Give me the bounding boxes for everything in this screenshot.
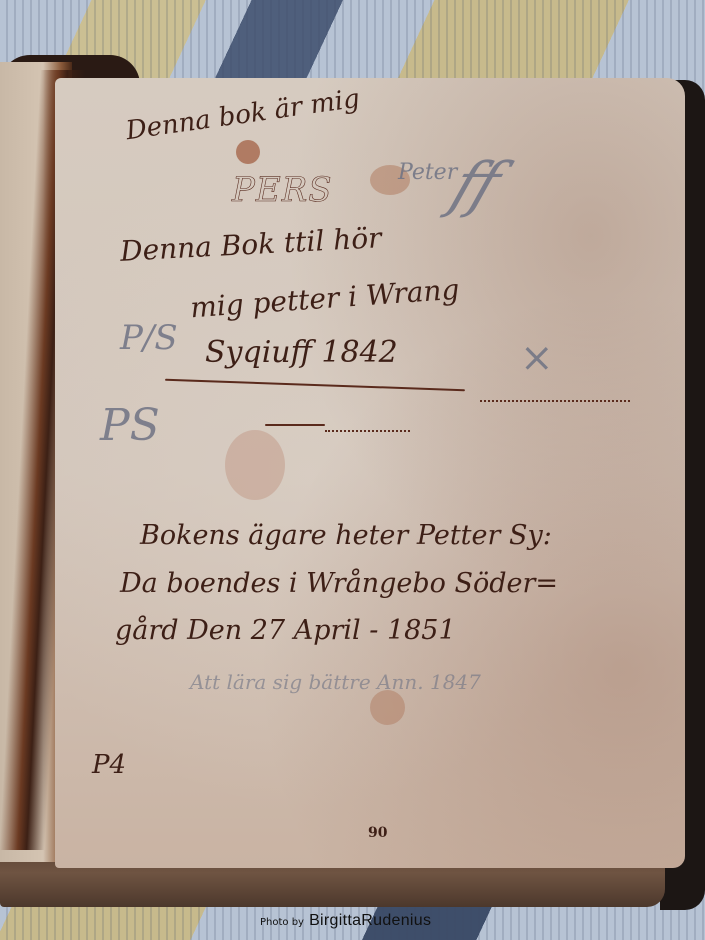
credit-name: BirgittaRudenius bbox=[309, 912, 431, 929]
pencil-name: Peter bbox=[398, 160, 457, 185]
flyleaf-page bbox=[55, 78, 685, 868]
photo-credit: Photo by BirgittaRudenius bbox=[260, 910, 431, 930]
credit-prefix: Photo by bbox=[260, 917, 304, 928]
pencil-initials-1: P/S bbox=[120, 318, 178, 358]
owner-line-2: Da boendes i Wrångebo Söder= bbox=[120, 568, 558, 599]
stain-spot bbox=[370, 690, 405, 725]
pencil-initials-2: PS bbox=[100, 400, 160, 451]
corner-mark: P4 bbox=[92, 750, 126, 780]
pencil-cross: × bbox=[520, 335, 554, 381]
pers-stamp: PERS bbox=[232, 170, 333, 210]
stain-spot bbox=[225, 430, 285, 500]
inscription-line-4: Syqiuff 1842 bbox=[205, 335, 398, 370]
dotted-line-short bbox=[325, 430, 410, 432]
stain-spot bbox=[236, 140, 260, 164]
owner-line-1: Bokens ägare heter Petter Sy: bbox=[140, 520, 552, 551]
page-mark: 90 bbox=[368, 825, 387, 841]
dotted-line bbox=[480, 400, 630, 402]
ink-underline-short bbox=[265, 424, 325, 426]
pencil-note: Att lära sig bättre Ann. 1847 bbox=[190, 670, 481, 694]
owner-line-3: gård Den 27 April - 1851 bbox=[115, 615, 456, 646]
